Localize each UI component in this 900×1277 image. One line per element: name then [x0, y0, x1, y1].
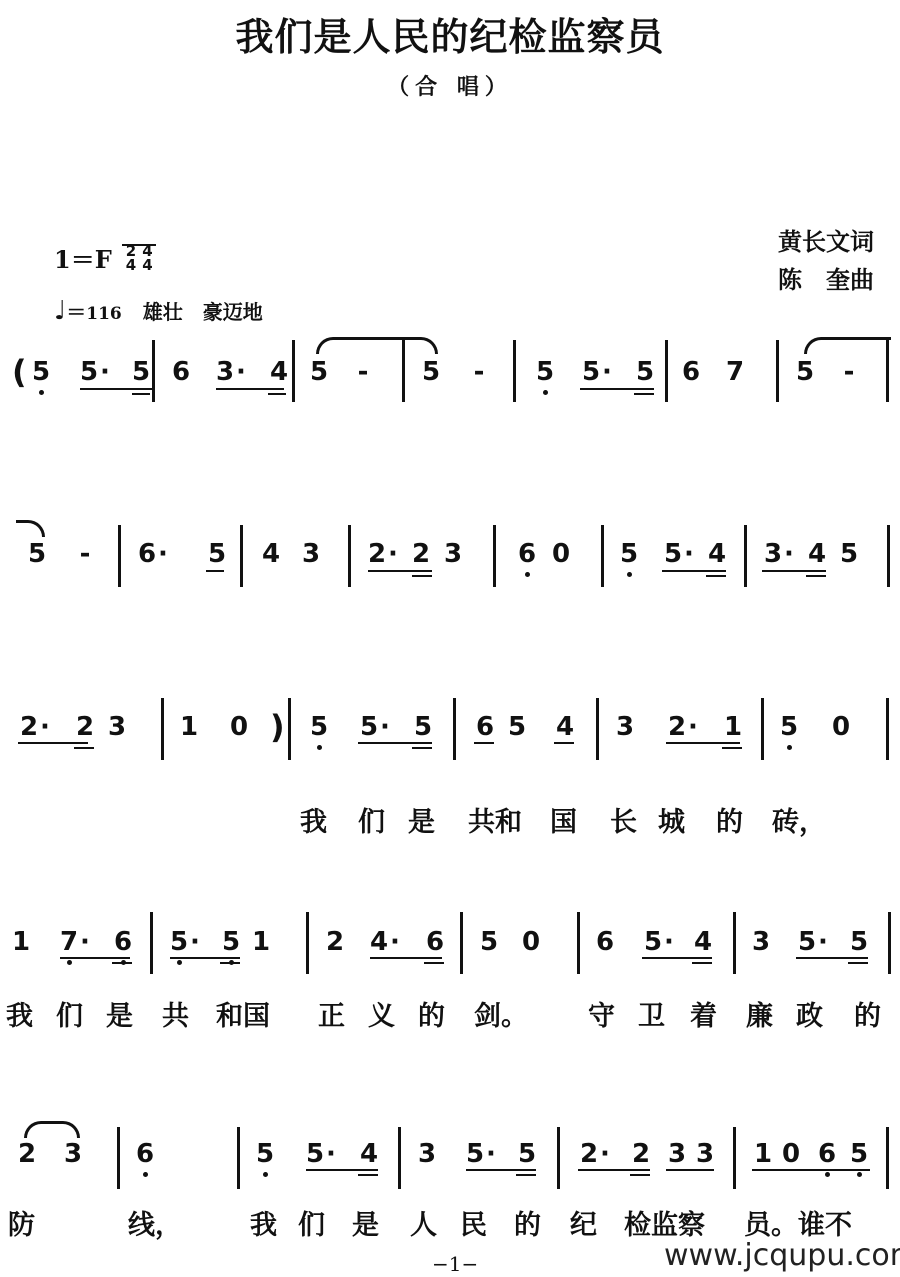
tie-slur — [16, 520, 45, 537]
note: 5 — [850, 1140, 868, 1168]
note: 6 — [136, 1140, 154, 1168]
augmentation-dot: · — [388, 540, 398, 568]
augmentation-dot: · — [380, 713, 390, 741]
lyric-syllable: 共 — [162, 994, 189, 1033]
augmentation-dot: · — [80, 928, 90, 956]
page-number: −1− — [432, 1252, 478, 1276]
barline — [118, 525, 121, 587]
barline — [453, 698, 456, 760]
note: 7 — [60, 928, 78, 956]
barline — [886, 698, 889, 760]
quarter-note-icon: ♩ — [54, 296, 66, 326]
expression-marking: 雄壮 豪迈地 — [143, 300, 263, 324]
song-subtitle: （合 唱） — [0, 70, 900, 101]
barline — [888, 912, 891, 974]
tie-slur — [804, 337, 891, 354]
barline — [240, 525, 243, 587]
augmentation-dot: · — [688, 713, 698, 741]
note: 2 — [76, 713, 94, 741]
lyric-syllable: 着 — [690, 994, 717, 1033]
note: 2 — [368, 540, 386, 568]
note: 5 — [480, 928, 498, 956]
note: 5 — [256, 1140, 274, 1168]
beam-underline — [132, 393, 150, 395]
note: 1 — [252, 928, 270, 956]
beam-underline — [706, 575, 726, 577]
note: 5 — [536, 358, 554, 386]
barline — [577, 912, 580, 974]
note: 2 — [412, 540, 430, 568]
barline — [665, 340, 668, 402]
note: 1 — [754, 1140, 772, 1168]
composer-credit: 陈 奎曲 — [778, 260, 874, 295]
note: 5 — [28, 540, 46, 568]
note: 3 — [696, 1140, 714, 1168]
note: 4 — [360, 1140, 378, 1168]
beam-underline — [848, 962, 868, 964]
note: 5 — [780, 713, 798, 741]
repeat-paren-open: ( — [12, 355, 27, 389]
augmentation-dot: · — [390, 928, 400, 956]
augmentation-dot: · — [602, 358, 612, 386]
note: 5 — [310, 713, 328, 741]
note: 0 — [782, 1140, 800, 1168]
lyric-syllable: 正 — [318, 994, 345, 1033]
watermark-url: www.jcqupu.com — [664, 1238, 900, 1273]
augmentation-dot: · — [326, 1140, 336, 1168]
note: 5 — [306, 1140, 324, 1168]
lyric-syllable: 共和 — [468, 800, 522, 839]
note: 5 — [644, 928, 662, 956]
note: 4 — [270, 358, 288, 386]
note: 5 — [508, 713, 526, 741]
note: 7 — [726, 358, 744, 386]
low-octave-dot — [317, 745, 322, 750]
barline — [161, 698, 164, 760]
barline — [744, 525, 747, 587]
barline — [493, 525, 496, 587]
tempo-marking: ♩＝116 雄壮 豪迈地 — [54, 296, 263, 326]
beam-underline — [722, 747, 742, 749]
barline — [596, 698, 599, 760]
beam-underline — [358, 1174, 378, 1176]
beam-underline — [358, 742, 432, 744]
note: 3 — [216, 358, 234, 386]
beam-underline — [630, 1174, 650, 1176]
beam-underline — [666, 1169, 714, 1171]
key-signature: 1＝F — [54, 240, 112, 275]
barline — [117, 1127, 120, 1189]
beam-underline — [220, 962, 240, 964]
low-octave-dot — [39, 390, 44, 395]
beam-underline — [692, 962, 712, 964]
note: 3 — [108, 713, 126, 741]
beam-underline — [412, 575, 432, 577]
extension-dash: - — [354, 358, 372, 386]
lyric-syllable: 长 — [610, 800, 637, 839]
note: 6 — [138, 540, 156, 568]
low-octave-dot — [143, 1172, 148, 1177]
augmentation-dot: · — [684, 540, 694, 568]
lyric-syllable: 我 — [250, 1203, 277, 1242]
beam-underline — [578, 1169, 650, 1171]
extension-dash: - — [76, 540, 94, 568]
beam-underline — [80, 388, 152, 390]
beam-underline — [170, 957, 240, 959]
note: 5 — [360, 713, 378, 741]
beam-underline — [796, 957, 868, 959]
lyric-syllable: 人 — [410, 1203, 437, 1242]
lyric-syllable: 政 — [796, 994, 823, 1033]
low-octave-dot — [525, 572, 530, 577]
lyric-syllable: 防 — [8, 1203, 35, 1242]
lyric-syllable: 国 — [550, 800, 577, 839]
barline — [398, 1127, 401, 1189]
beam-underline — [18, 742, 88, 744]
note: 2 — [632, 1140, 650, 1168]
low-octave-dot — [543, 390, 548, 395]
lyric-syllable: 是 — [352, 1203, 379, 1242]
note: 5 — [310, 358, 328, 386]
beam-underline — [424, 962, 444, 964]
note: 5 — [664, 540, 682, 568]
beam-underline — [642, 957, 712, 959]
note: 6 — [172, 358, 190, 386]
note: 5 — [518, 1140, 536, 1168]
barline — [513, 340, 516, 402]
lyric-syllable: 检监察 — [624, 1203, 705, 1242]
note: 5 — [620, 540, 638, 568]
note: 6 — [596, 928, 614, 956]
lyric-syllable: 是 — [106, 994, 133, 1033]
lyric-syllable: 们 — [358, 800, 385, 839]
note: 3 — [616, 713, 634, 741]
note: 3 — [302, 540, 320, 568]
note: 3 — [64, 1140, 82, 1168]
beam-underline — [580, 388, 654, 390]
barline — [887, 525, 890, 587]
low-octave-dot — [857, 1172, 862, 1177]
beam-underline — [74, 747, 94, 749]
note: 5 — [32, 358, 50, 386]
repeat-paren-close: ) — [270, 710, 285, 744]
note: 6 — [518, 540, 536, 568]
low-octave-dot — [67, 960, 72, 965]
note: 4 — [708, 540, 726, 568]
note: 1 — [12, 928, 30, 956]
beam-underline — [216, 388, 284, 390]
augmentation-dot: · — [818, 928, 828, 956]
beam-underline — [112, 962, 132, 964]
tempo-value: 116 — [86, 304, 122, 324]
barline — [601, 525, 604, 587]
low-octave-dot — [263, 1172, 268, 1177]
low-octave-dot — [825, 1172, 830, 1177]
barline — [761, 698, 764, 760]
beam-underline — [762, 570, 826, 572]
note: 3 — [444, 540, 462, 568]
augmentation-dot: · — [158, 540, 168, 568]
beam-underline — [634, 393, 654, 395]
note: 5 — [80, 358, 98, 386]
barline — [460, 912, 463, 974]
note: 4 — [694, 928, 712, 956]
note: 4 — [370, 928, 388, 956]
note: 5 — [636, 358, 654, 386]
lyric-syllable: 是 — [408, 800, 435, 839]
note: 5 — [798, 928, 816, 956]
note: 3 — [764, 540, 782, 568]
lyricist-credit: 黄长文词 — [778, 222, 874, 257]
extension-dash: - — [840, 358, 858, 386]
lyric-syllable: 线， — [128, 1203, 182, 1242]
note: 2 — [668, 713, 686, 741]
note: 6 — [818, 1140, 836, 1168]
lyric-syllable: 们 — [56, 994, 83, 1033]
lyric-syllable: 城 — [658, 800, 685, 839]
note: 6 — [476, 713, 494, 741]
beam-underline — [412, 747, 432, 749]
lyric-syllable: 剑。 — [474, 994, 528, 1033]
beam-underline — [516, 1174, 536, 1176]
note: 0 — [552, 540, 570, 568]
time-signature-4-4: 44 — [142, 244, 152, 272]
beam-underline — [806, 575, 826, 577]
beam-underline — [306, 1169, 378, 1171]
lyric-syllable: 们 — [298, 1203, 325, 1242]
lyric-syllable: 民 — [460, 1203, 487, 1242]
beam-underline — [666, 742, 740, 744]
barline — [733, 1127, 736, 1189]
barline — [733, 912, 736, 974]
barline — [292, 340, 295, 402]
beam-underline — [474, 742, 494, 744]
beam-underline — [662, 570, 726, 572]
barline — [150, 912, 153, 974]
extension-dash: - — [470, 358, 488, 386]
note: 3 — [418, 1140, 436, 1168]
lyric-syllable: 我 — [6, 994, 33, 1033]
time-signature-2-4: 24 — [126, 244, 136, 272]
tie-slur — [24, 1121, 80, 1138]
lyric-syllable: 的 — [854, 994, 881, 1033]
lyric-syllable: 纪 — [570, 1203, 597, 1242]
augmentation-dot: · — [664, 928, 674, 956]
note: 5 — [208, 540, 226, 568]
augmentation-dot: · — [236, 358, 246, 386]
augmentation-dot: · — [40, 713, 50, 741]
note: 6 — [114, 928, 132, 956]
beam-underline — [554, 742, 574, 744]
beam-underline — [370, 957, 442, 959]
lyric-syllable: 砖， — [772, 800, 826, 839]
beam-underline — [752, 1169, 870, 1171]
beam-underline — [60, 957, 130, 959]
lyric-syllable: 我 — [300, 800, 327, 839]
note: 5 — [582, 358, 600, 386]
lyric-syllable: 和国 — [216, 994, 270, 1033]
note: 0 — [832, 713, 850, 741]
note: 0 — [522, 928, 540, 956]
note: 2 — [20, 713, 38, 741]
barline — [348, 525, 351, 587]
note: 3 — [668, 1140, 686, 1168]
augmentation-dot: · — [784, 540, 794, 568]
beam-underline — [268, 393, 286, 395]
note: 5 — [466, 1140, 484, 1168]
barline — [237, 1127, 240, 1189]
key-time-signature: 1＝F 24 44 — [54, 240, 153, 275]
note: 1 — [724, 713, 742, 741]
augmentation-dot: · — [100, 358, 110, 386]
note: 5 — [132, 358, 150, 386]
barline — [886, 1127, 889, 1189]
barline — [288, 698, 291, 760]
low-octave-dot — [627, 572, 632, 577]
lyric-syllable: 员。谁不 — [744, 1203, 852, 1242]
lyric-syllable: 卫 — [638, 994, 665, 1033]
barline — [557, 1127, 560, 1189]
barline — [152, 340, 155, 402]
note: 2 — [18, 1140, 36, 1168]
note: 6 — [682, 358, 700, 386]
note: 2 — [326, 928, 344, 956]
song-title: 我们是人民的纪检监察员 — [0, 6, 900, 61]
note: 5 — [422, 358, 440, 386]
low-octave-dot — [787, 745, 792, 750]
note: 5 — [222, 928, 240, 956]
note: 4 — [808, 540, 826, 568]
note: 4 — [556, 713, 574, 741]
beam-underline — [206, 570, 224, 572]
lyric-syllable: 的 — [716, 800, 743, 839]
note: 4 — [262, 540, 280, 568]
lyric-syllable: 守 — [588, 994, 615, 1033]
note: 5 — [850, 928, 868, 956]
note: 5 — [414, 713, 432, 741]
augmentation-dot: · — [600, 1140, 610, 1168]
note: 5 — [840, 540, 858, 568]
tie-slur — [316, 337, 438, 354]
low-octave-dot — [177, 960, 182, 965]
barline — [306, 912, 309, 974]
lyric-syllable: 廉 — [746, 994, 773, 1033]
augmentation-dot: · — [486, 1140, 496, 1168]
note: 6 — [426, 928, 444, 956]
note: 2 — [580, 1140, 598, 1168]
note: 1 — [180, 713, 198, 741]
note: 5 — [170, 928, 188, 956]
lyric-syllable: 的 — [418, 994, 445, 1033]
note: 5 — [796, 358, 814, 386]
beam-underline — [466, 1169, 536, 1171]
barline — [776, 340, 779, 402]
lyric-syllable: 义 — [368, 994, 395, 1033]
lyric-syllable: 的 — [514, 1203, 541, 1242]
note: 0 — [230, 713, 248, 741]
augmentation-dot: · — [190, 928, 200, 956]
note: 3 — [752, 928, 770, 956]
beam-underline — [368, 570, 432, 572]
